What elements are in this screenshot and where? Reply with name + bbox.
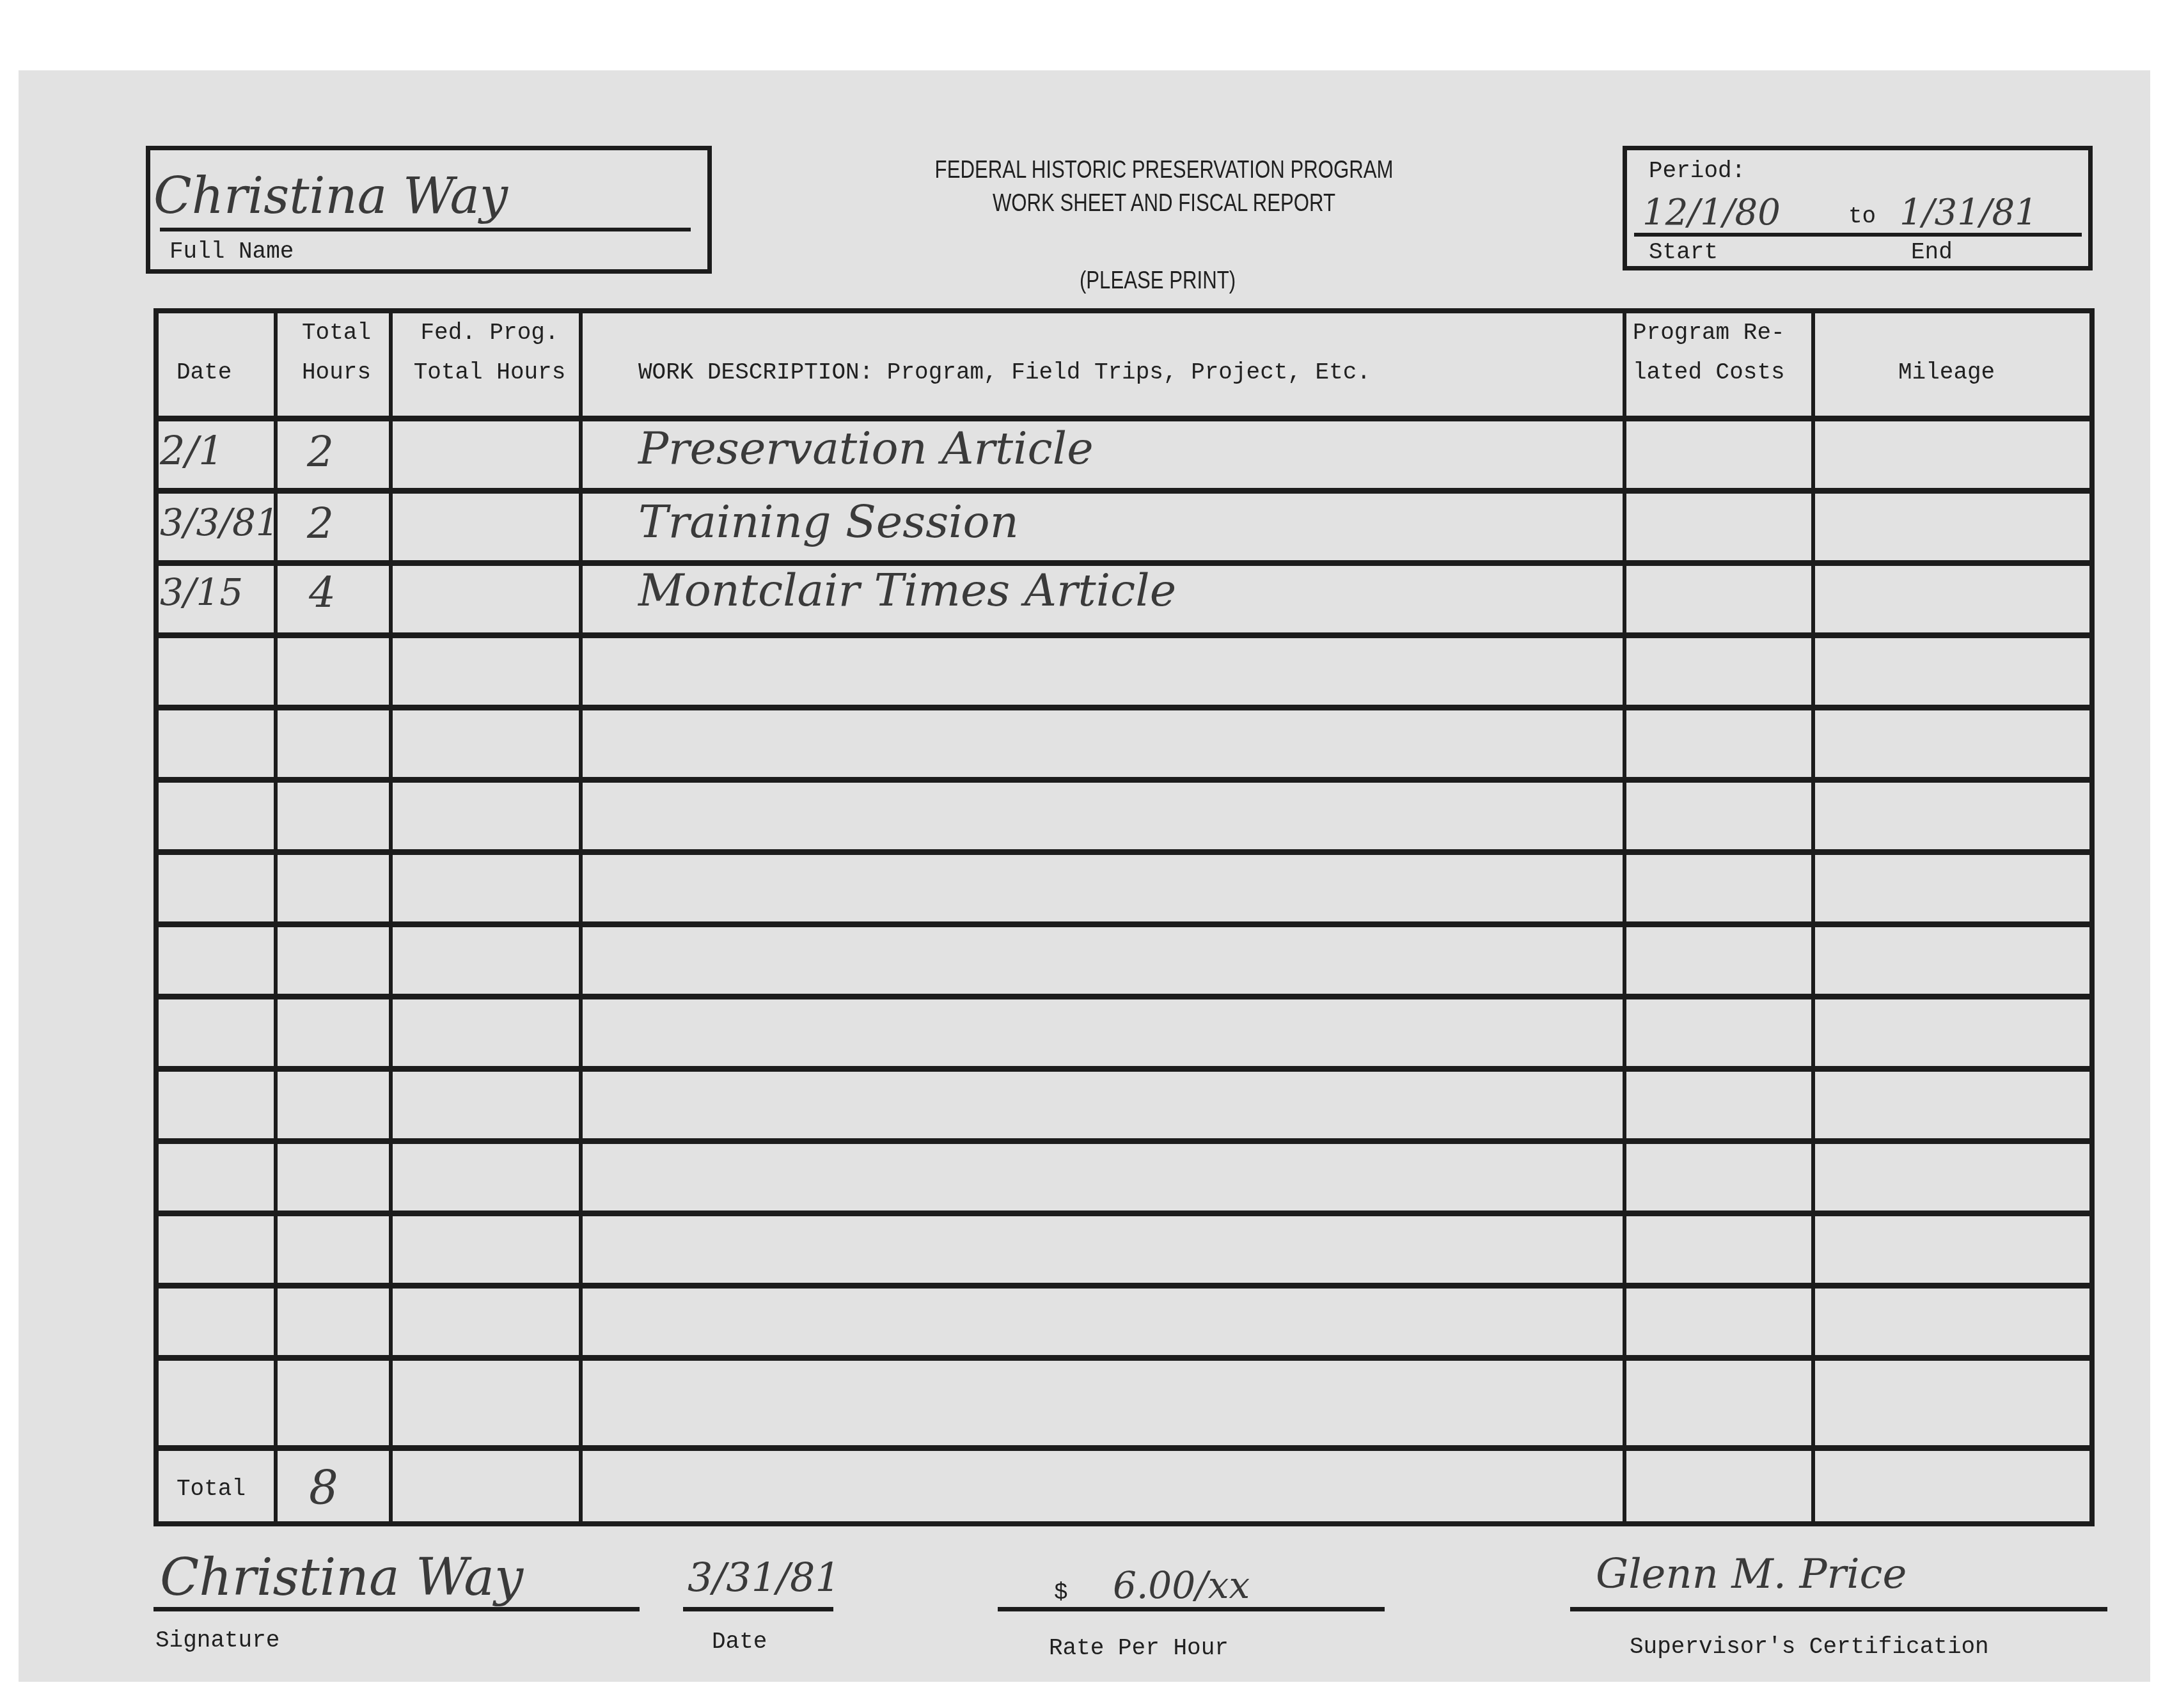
- header-costs-l1: Program Re-: [1633, 313, 1812, 353]
- period-end-value[interactable]: 1/31/81: [1900, 192, 2038, 233]
- row-2-date[interactable]: 3/3/81: [160, 501, 279, 544]
- signature-label: Signature: [155, 1627, 279, 1654]
- row-divider: [159, 1066, 2089, 1072]
- period-start-value[interactable]: 12/1/80: [1642, 192, 1781, 233]
- row-divider: [159, 1355, 2089, 1361]
- signature-value[interactable]: Christina Way: [160, 1547, 523, 1607]
- period-underline: [1634, 233, 2082, 237]
- header-fed-hours-l2: Total Hours: [402, 353, 578, 393]
- worksheet-table: Date Total Hours Fed. Prog. Total Hours …: [153, 308, 2095, 1526]
- full-name-label: Full Name: [169, 239, 294, 265]
- row-1-date[interactable]: 2/1: [160, 427, 224, 474]
- header-total-hours-l1: Total: [288, 313, 384, 353]
- period-end-label: End: [1911, 239, 1953, 265]
- row-divider: [159, 849, 2089, 855]
- supervisor-signature[interactable]: Glenn M. Price: [1596, 1551, 1907, 1598]
- row-3-total-hours[interactable]: 4: [309, 568, 336, 617]
- header-costs-l2: lated Costs: [1633, 353, 1812, 393]
- row-2-description[interactable]: Training Session: [638, 496, 1019, 548]
- col-divider: [1811, 313, 1815, 1521]
- header-date: Date: [177, 353, 232, 393]
- header-program-costs: Program Re- lated Costs: [1633, 313, 1812, 393]
- header-work-description: WORK DESCRIPTION: Program, Field Trips, …: [638, 353, 1371, 393]
- row-divider: [159, 1210, 2089, 1216]
- total-hours-value[interactable]: 8: [309, 1461, 338, 1515]
- date-label: Date: [712, 1629, 767, 1655]
- rate-underline: [998, 1607, 1385, 1611]
- row-2-total-hours[interactable]: 2: [307, 499, 334, 548]
- row-divider: [159, 1138, 2089, 1144]
- please-print-note: (PLEASE PRINT): [995, 267, 1320, 295]
- form-title-line1: FEDERAL HISTORIC PRESERVATION PROGRAM: [839, 157, 1490, 184]
- form-title-line2: WORK SHEET AND FISCAL REPORT: [839, 190, 1490, 217]
- full-name-underline: [160, 228, 691, 231]
- supervisor-underline: [1570, 1607, 2107, 1611]
- row-3-description[interactable]: Montclair Times Article: [638, 564, 1176, 616]
- header-date-label: Date: [177, 359, 232, 386]
- col-divider: [274, 313, 278, 1521]
- rate-label: Rate Per Hour: [1049, 1635, 1229, 1661]
- supervisor-label: Supervisor's Certification: [1630, 1634, 1989, 1660]
- col-divider: [389, 313, 393, 1521]
- row-1-total-hours[interactable]: 2: [307, 427, 334, 476]
- signature-underline: [153, 1607, 640, 1611]
- header-mileage: Mileage: [1898, 353, 1995, 393]
- total-label: Total: [177, 1469, 246, 1509]
- header-total-hours: Total Hours: [288, 313, 384, 393]
- row-divider: [159, 777, 2089, 783]
- row-1-description[interactable]: Preservation Article: [638, 422, 1094, 474]
- full-name-value[interactable]: Christina Way: [153, 168, 508, 225]
- row-divider: [159, 705, 2089, 710]
- row-divider: [159, 994, 2089, 999]
- period-label: Period:: [1649, 158, 1745, 184]
- row-divider: [159, 1445, 2089, 1451]
- rate-value[interactable]: 6.00/xx: [1113, 1563, 1250, 1607]
- rate-currency: $: [1054, 1579, 1068, 1606]
- date-underline: [683, 1607, 833, 1611]
- row-divider: [159, 921, 2089, 927]
- row-3-date[interactable]: 3/15: [160, 570, 243, 614]
- header-fed-hours: Fed. Prog. Total Hours: [402, 313, 578, 393]
- row-divider: [159, 488, 2089, 494]
- col-divider: [579, 313, 583, 1521]
- period-to-label: to: [1848, 203, 1876, 230]
- col-divider: [1623, 313, 1626, 1521]
- header-divider: [159, 416, 2089, 421]
- header-total-hours-l2: Hours: [288, 353, 384, 393]
- date-value[interactable]: 3/31/81: [688, 1554, 840, 1601]
- period-start-label: Start: [1649, 239, 1718, 265]
- row-divider: [159, 1283, 2089, 1289]
- row-divider: [159, 632, 2089, 638]
- header-fed-hours-l1: Fed. Prog.: [402, 313, 578, 353]
